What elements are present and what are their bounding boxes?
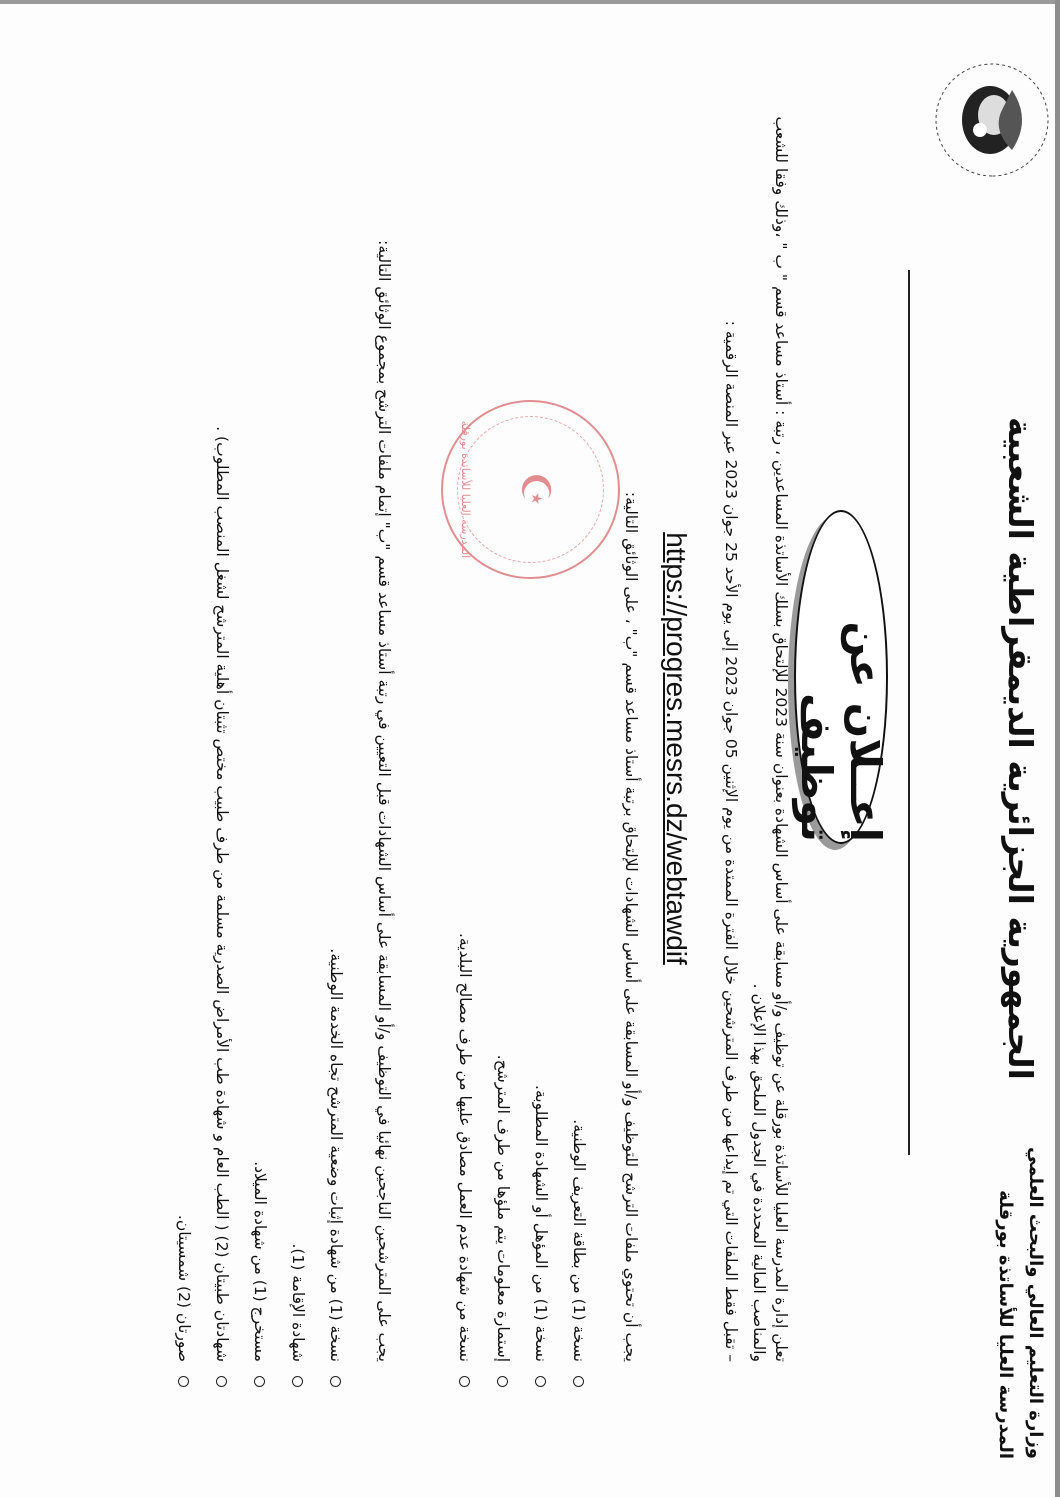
circle-bullet-icon — [574, 1376, 585, 1387]
list-item: نسخة (1) من المؤهل أو الشهادة المطلوبة. — [522, 933, 560, 1387]
final-documents-intro: يجب على المترشحين الناجحين نهائيا في الت… — [373, 62, 395, 1362]
official-stamp-icon: ☪ المدرسة العليا للأساتذة بورقلة — [441, 400, 620, 579]
final-documents-list: نسخة (1) من شهادة إثبات وضعية المترشح تج… — [165, 426, 355, 1387]
circle-bullet-icon — [460, 1376, 471, 1387]
list-item: شهادة الإقامة (1). — [279, 426, 317, 1387]
circle-bullet-icon — [293, 1376, 304, 1387]
list-item: شهادتان طبيتان (2) ( الطب العام و شهادة … — [203, 426, 241, 1387]
list-item: صورتان (2) شمسيتان. — [165, 426, 203, 1387]
circle-bullet-icon — [331, 1376, 342, 1387]
documents-intro: يجب أن تحتوي ملفات الترشح للتوظيف و/أو ا… — [620, 62, 642, 1362]
list-item: إستمارة معلومات يتم ملؤها من طرف المترشح… — [484, 933, 522, 1387]
announcement-page: وزارة التعليم العالي والبحث العلمي المدر… — [0, 0, 1060, 1497]
header-divider — [908, 270, 910, 1155]
intro-paragraph: تعلن إدارة المدرسة العليا للأساتذة بورقل… — [748, 62, 792, 1362]
star-crescent-icon: ☪ — [512, 402, 558, 577]
school-logo-icon — [932, 60, 1052, 180]
announcement-title: إعــلان عن توظيف — [792, 512, 890, 842]
list-item: نسخة (1) من بطاقة التعريف الوطنية. — [560, 933, 598, 1387]
list-item: نسخة (1) من شهادة إثبات وضعية المترشح تج… — [317, 426, 355, 1387]
platform-link[interactable]: https://progres.mesrs.dz/webtawdif — [660, 0, 692, 1497]
republic-title: الجمهورية الجزائرية الديمقراطية الشعبية — [1001, 0, 1040, 1497]
list-item: نسخة من شهادة عدم العمل مصادق عليها من ط… — [446, 933, 484, 1387]
deposit-paragraph: – تقبل فقط الملفات التي تم إيداعها من طر… — [720, 62, 742, 1362]
circle-bullet-icon — [498, 1376, 509, 1387]
stamp-text: المدرسة العليا للأساتذة بورقلة — [459, 402, 472, 577]
circle-bullet-icon — [179, 1376, 190, 1387]
announcement-title-box: إعــلان عن توظيف — [794, 510, 888, 844]
circle-bullet-icon — [536, 1376, 547, 1387]
required-documents-list: نسخة (1) من بطاقة التعريف الوطنية. نسخة … — [446, 933, 598, 1387]
circle-bullet-icon — [255, 1376, 266, 1387]
circle-bullet-icon — [217, 1376, 228, 1387]
list-item: مستخرج (1) من شهادة الميلاد. — [241, 426, 279, 1387]
